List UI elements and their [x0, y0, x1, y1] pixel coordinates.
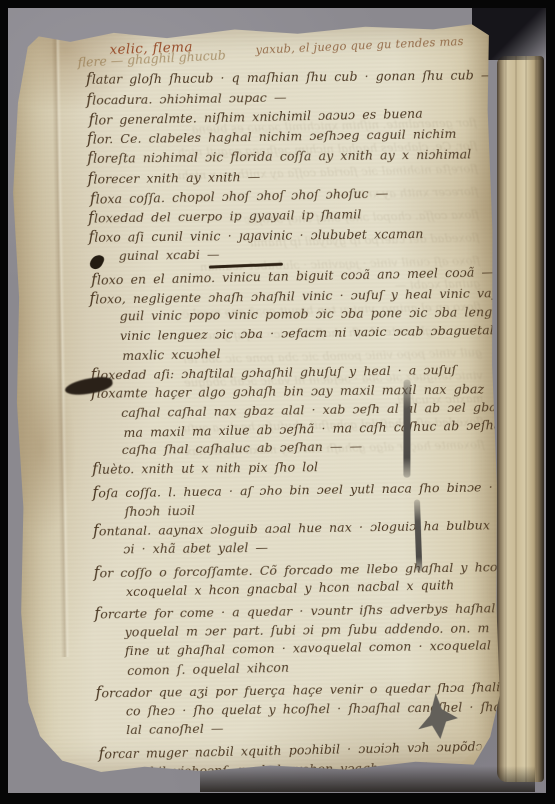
manuscript-photo: flor generalmte. niſhim xnichimil ɔaɔuɔ … [0, 0, 555, 804]
manuscript-lines: flatar gloſh ſhucub · q maſhian ſhu cub … [86, 64, 489, 781]
manuscript-line: floreſta niɔhimal ɔic florida coſſa ay x… [87, 144, 479, 168]
handwriting-area: xelic, flema yaxub, el juego que gu tend… [7, 20, 503, 778]
manuscript-line: floxo aſi cunil vinic · ȷaȷavinic · ɔlub… [88, 223, 480, 247]
book-fore-edge [497, 56, 544, 782]
ink-stroke [403, 380, 410, 478]
manuscript-line: fluèto. xnith ut x nith pix ſho lol [92, 455, 484, 479]
book-bottom-shadow [200, 766, 535, 792]
manuscript-line: yoquelal m ɔer part. ſubi ɔi pm ſubu add… [125, 619, 487, 642]
manuscript-line: ɔi · xhã abet yalel — [123, 536, 485, 559]
manuscript-page: flor generalmte. niſhim xnichimil ɔaɔuɔ … [7, 20, 503, 778]
